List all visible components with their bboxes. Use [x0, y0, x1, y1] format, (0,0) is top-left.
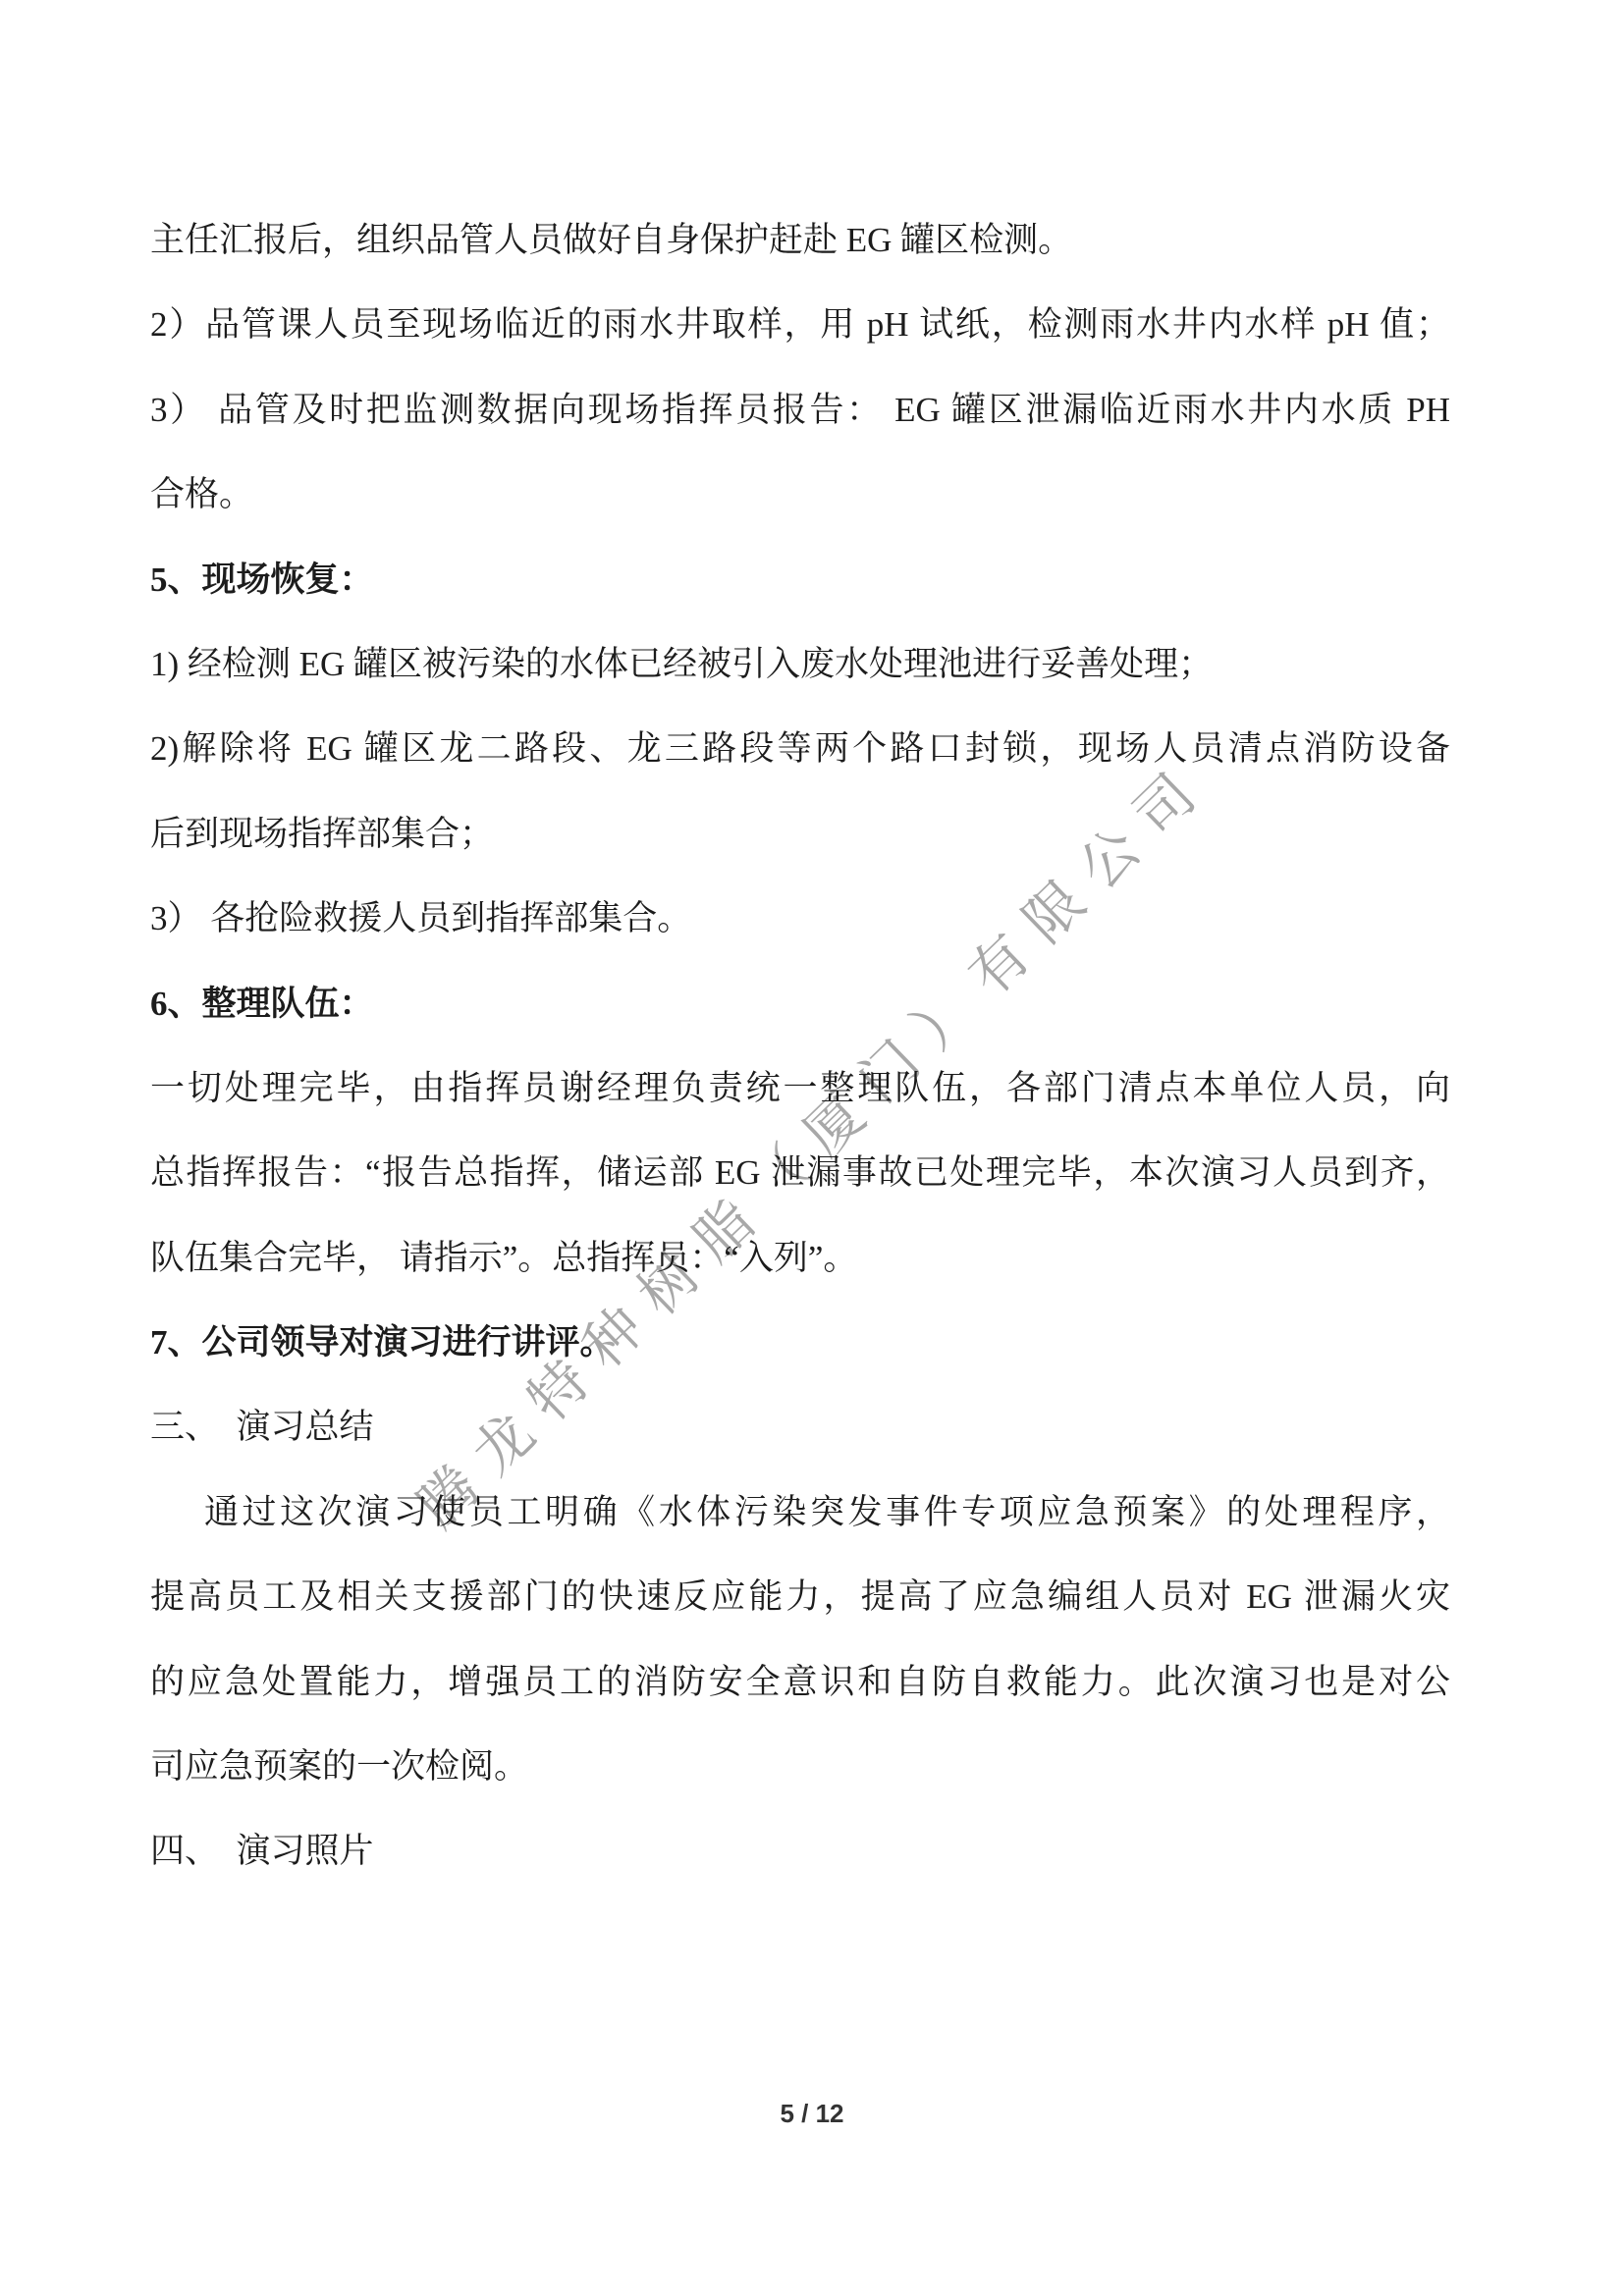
- section-heading: 四、 演习照片: [150, 1809, 1450, 1894]
- section-heading: 7、公司领导对演习进行讲评。: [150, 1301, 1450, 1385]
- body-line: 的应急处置能力，增强员工的消防安全意识和自防自救能力。此次演习也是对公: [150, 1640, 1450, 1725]
- document-body: 主任汇报后，组织品管人员做好自身保护赶赴 EG 罐区检测。 2）品管课人员至现场…: [150, 198, 1450, 1895]
- body-line: 3） 品管及时把监测数据向现场指挥员报告： EG 罐区泄漏临近雨水井内水质 PH: [150, 368, 1450, 453]
- section-heading: 5、现场恢复：: [150, 538, 1450, 622]
- section-heading: 6、整理队伍：: [150, 962, 1450, 1046]
- document-page: { "colors": { "page_bg": "#ffffff", "tex…: [0, 0, 1624, 2296]
- page-number: 5 / 12: [0, 2099, 1624, 2129]
- body-line: 2）品管课人员至现场临近的雨水井取样，用 pH 试纸，检测雨水井内水样 pH 值…: [150, 283, 1450, 367]
- body-line: 一切处理完毕，由指挥员谢经理负责统一整理队伍，各部门清点本单位人员，向: [150, 1046, 1450, 1131]
- section-heading: 三、 演习总结: [150, 1385, 1450, 1469]
- body-line: 合格。: [150, 453, 1450, 537]
- body-line: 总指挥报告：“报告总指挥，储运部 EG 泄漏事故已处理完毕，本次演习人员到齐，: [150, 1131, 1450, 1215]
- body-line: 2)解除将 EG 罐区龙二路段、龙三路段等两个路口封锁，现场人员清点消防设备: [150, 707, 1450, 791]
- body-line: 通过这次演习使员工明确《水体污染突发事件专项应急预案》的处理程序，: [150, 1470, 1450, 1555]
- body-line: 提高员工及相关支援部门的快速反应能力，提高了应急编组人员对 EG 泄漏火灾: [150, 1555, 1450, 1639]
- body-line: 1) 经检测 EG 罐区被污染的水体已经被引入废水处理池进行妥善处理；: [150, 622, 1450, 707]
- body-line: 司应急预案的一次检阅。: [150, 1725, 1450, 1809]
- body-line: 后到现场指挥部集合；: [150, 792, 1450, 877]
- body-line: 主任汇报后，组织品管人员做好自身保护赶赴 EG 罐区检测。: [150, 198, 1450, 283]
- body-line: 3） 各抢险救援人员到指挥部集合。: [150, 877, 1450, 961]
- body-line: 队伍集合完毕， 请指示”。总指挥员：“入列”。: [150, 1216, 1450, 1301]
